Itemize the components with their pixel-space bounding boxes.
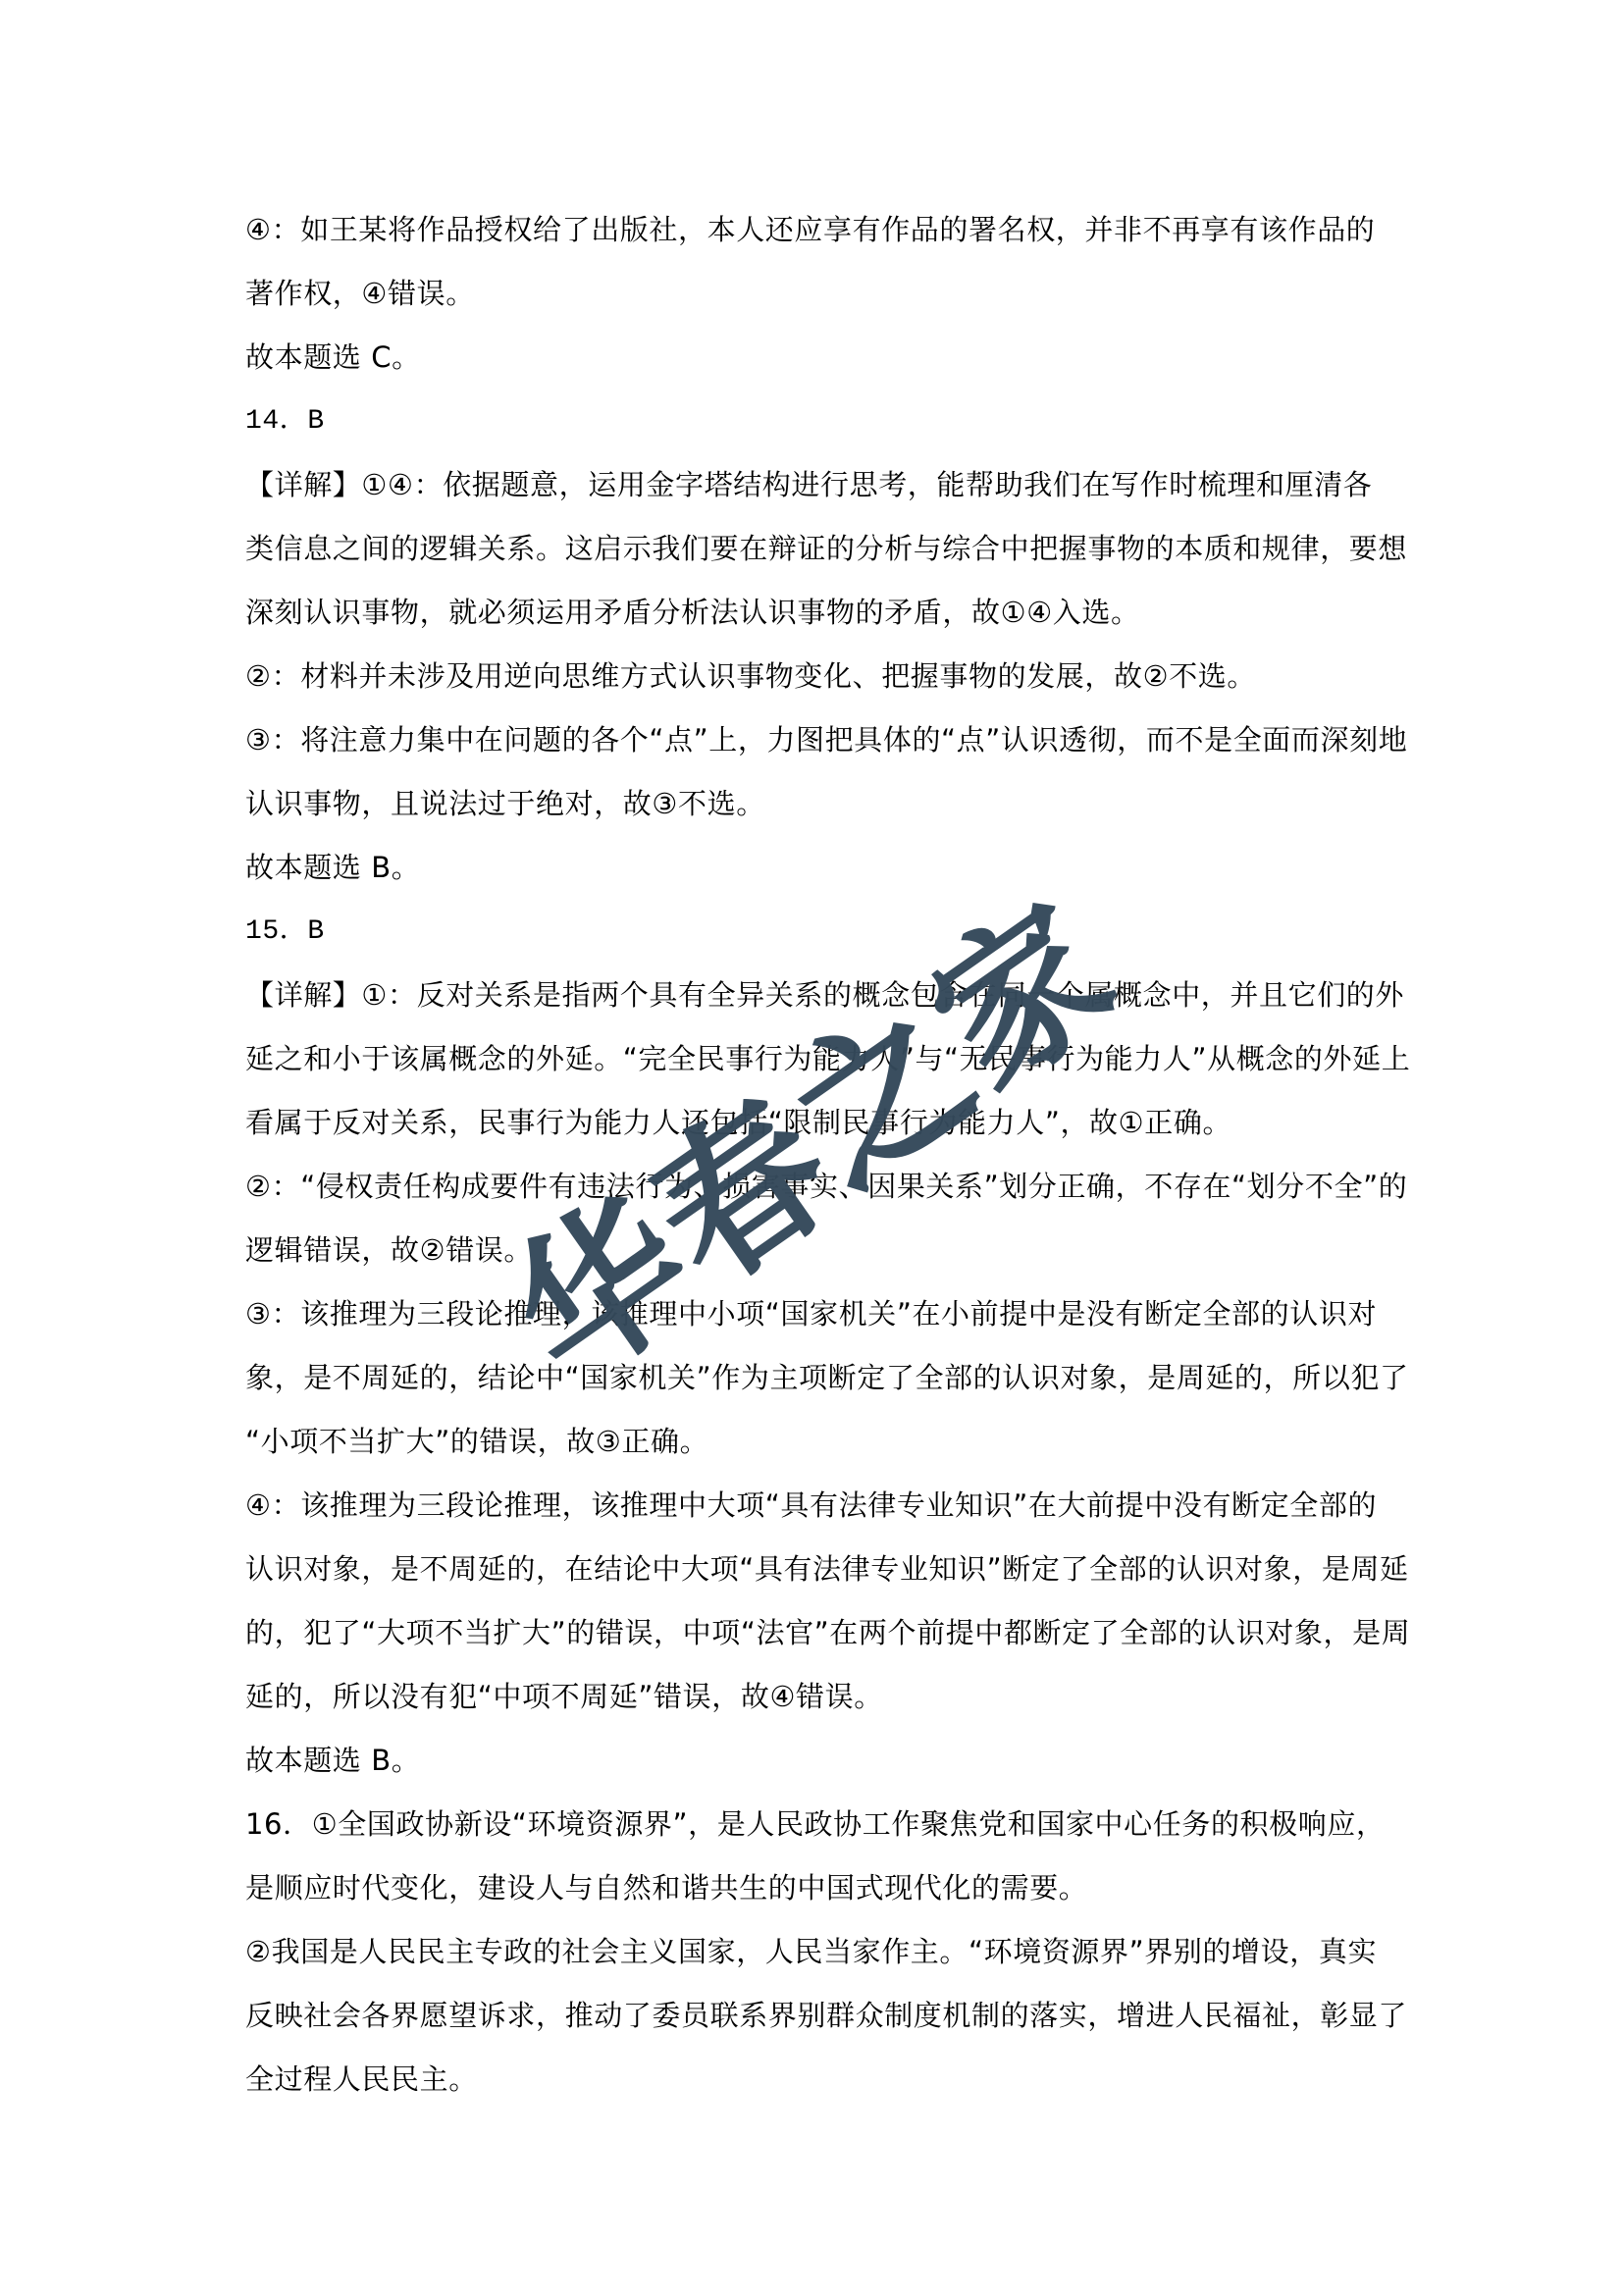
- q15-option4-line4: 延的，所以没有犯“中项不周延”错误，故④错误。: [245, 1665, 1393, 1729]
- q15-option3-line3: “小项不当扩大”的错误，故③正确。: [245, 1410, 1393, 1474]
- q14-detail-line3: 深刻认识事物，就必须运用矛盾分析法认识事物的矛盾，故①④入选。: [245, 581, 1393, 645]
- q14-option3-line1: ③：将注意力集中在问题的各个“点”上，力图把具体的“点”认识透彻，而不是全面而深…: [245, 708, 1393, 772]
- q16-point1-line1: 16．①全国政协新设“环境资源界”，是人民政协工作聚焦党和国家中心任务的积极响应…: [245, 1793, 1393, 1856]
- document-page: ④：如王某将作品授权给了出版社，本人还应享有作品的署名权，并非不再享有该作品的 …: [0, 0, 1623, 2296]
- q15-option3-line2: 象，是不周延的，结论中“国家机关”作为主项断定了全部的认识对象，是周延的，所以犯…: [245, 1346, 1393, 1410]
- q16-point2-line1: ②我国是人民民主专政的社会主义国家，人民当家作主。“环境资源界”界别的增设，真实: [245, 1920, 1393, 1984]
- q15-option4-line2: 认识对象，是不周延的，在结论中大项“具有法律专业知识”断定了全部的认识对象，是周…: [245, 1538, 1393, 1601]
- q13-option4-line1: ④：如王某将作品授权给了出版社，本人还应享有作品的署名权，并非不再享有该作品的: [245, 198, 1393, 262]
- q15-detail-line2: 延之和小于该属概念的外延。“完全民事行为能力人”与“无民事行为能力人”从概念的外…: [245, 1027, 1393, 1091]
- q14-option3-line2: 认识事物，且说法过于绝对，故③不选。: [245, 772, 1393, 836]
- answer-explanation-body: ④：如王某将作品授权给了出版社，本人还应享有作品的署名权，并非不再享有该作品的 …: [245, 198, 1393, 2112]
- q15-detail-line3: 看属于反对关系，民事行为能力人还包括“限制民事行为能力人”，故①正确。: [245, 1091, 1393, 1155]
- q13-conclusion: 故本题选 C。: [245, 326, 1393, 390]
- q16-point2-line2: 反映社会各界愿望诉求，推动了委员联系界别群众制度机制的落实，增进人民福祉，彰显了: [245, 1984, 1393, 2048]
- q15-option2-line1: ②：“侵权责任构成要件有违法行为、损害事实、因果关系”划分正确，不存在“划分不全…: [245, 1155, 1393, 1219]
- q15-option4-line3: 的，犯了“大项不当扩大”的错误，中项“法官”在两个前提中都断定了全部的认识对象，…: [245, 1601, 1393, 1665]
- q15-option4-line1: ④：该推理为三段论推理，该推理中大项“具有法律专业知识”在大前提中没有断定全部的: [245, 1474, 1393, 1538]
- q15-option3-line1: ③：该推理为三段论推理，该推理中小项“国家机关”在小前提中是没有断定全部的认识对: [245, 1282, 1393, 1346]
- q16-point1-line2: 是顺应时代变化，建设人与自然和谐共生的中国式现代化的需要。: [245, 1856, 1393, 1920]
- q14-answer-heading: 14．B: [245, 390, 1393, 453]
- q15-option2-line2: 逻辑错误，故②错误。: [245, 1219, 1393, 1282]
- q14-option2: ②：材料并未涉及用逆向思维方式认识事物变化、把握事物的发展，故②不选。: [245, 645, 1393, 708]
- q14-conclusion: 故本题选 B。: [245, 836, 1393, 900]
- q13-option4-line2: 著作权，④错误。: [245, 262, 1393, 326]
- q15-detail-line1: 【详解】①：反对关系是指两个具有全异关系的概念包含在同一个属概念中，并且它们的外: [245, 964, 1393, 1027]
- q15-answer-heading: 15．B: [245, 900, 1393, 964]
- q14-detail-line2: 类信息之间的逻辑关系。这启示我们要在辩证的分析与综合中把握事物的本质和规律，要想: [245, 517, 1393, 581]
- q15-conclusion: 故本题选 B。: [245, 1729, 1393, 1793]
- q16-point2-line3: 全过程人民民主。: [245, 2048, 1393, 2112]
- q14-detail-line1: 【详解】①④：依据题意，运用金字塔结构进行思考，能帮助我们在写作时梳理和厘清各: [245, 453, 1393, 517]
